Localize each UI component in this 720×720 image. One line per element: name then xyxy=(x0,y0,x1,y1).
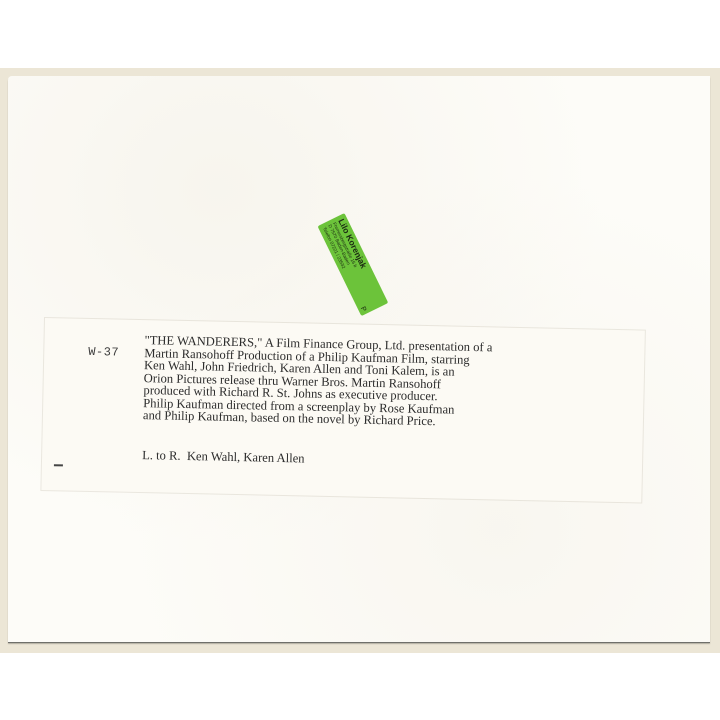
margin-mark xyxy=(54,464,63,466)
caption-strip: W-37 "THE WANDERERS," A Film Finance Gro… xyxy=(41,318,644,503)
cast-credits: L. to R. Ken Wahl, Karen Allen xyxy=(142,448,305,466)
caption-text: "THE WANDERERS," A Film Finance Group, L… xyxy=(143,334,615,431)
sticker-mark: P xyxy=(359,306,367,313)
photo-code: W-37 xyxy=(88,345,119,360)
